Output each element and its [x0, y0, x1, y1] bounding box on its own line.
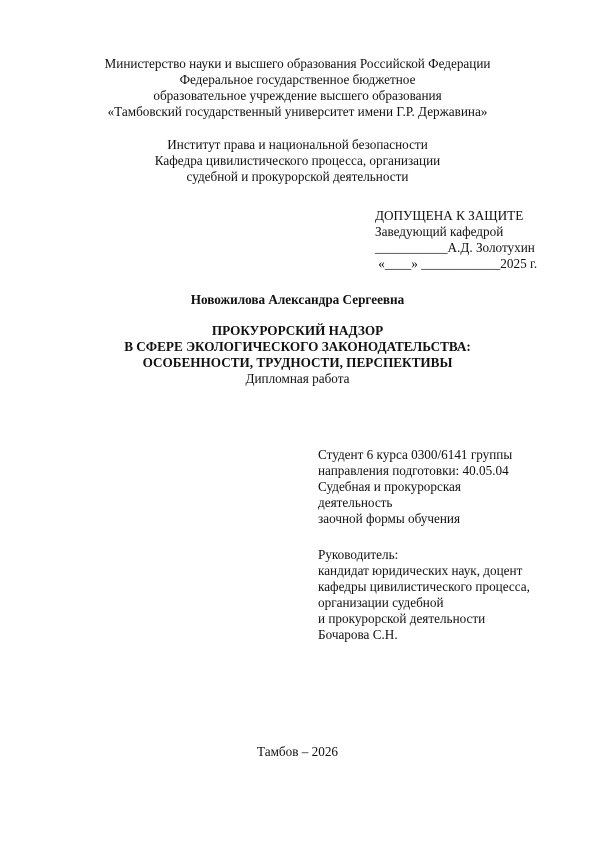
student-line: заочной формы обучения — [318, 511, 512, 527]
supervisor-label: Руководитель: — [318, 547, 530, 563]
supervisor-name: Бочарова С.Н. — [318, 627, 530, 643]
title-line: В СФЕРЕ ЭКОЛОГИЧЕСКОГО ЗАКОНОДАТЕЛЬСТВА: — [0, 339, 595, 355]
approval-block: ДОПУЩЕНА К ЗАЩИТЕ Заведующий кафедрой __… — [375, 208, 537, 272]
supervisor-info: Руководитель: кандидат юридических наук,… — [318, 547, 530, 643]
institute-name: Институт права и национальной безопаснос… — [0, 137, 595, 153]
university-name: «Тамбовский государственный университет … — [0, 104, 595, 120]
student-line: деятельность — [318, 495, 512, 511]
title-line: ОСОБЕННОСТИ, ТРУДНОСТИ, ПЕРСПЕКТИВЫ — [0, 355, 595, 371]
student-line: Судебная и прокурорская — [318, 479, 512, 495]
work-title: ПРОКУРОРСКИЙ НАДЗОР В СФЕРЕ ЭКОЛОГИЧЕСКО… — [0, 323, 595, 387]
work-type: Дипломная работа — [0, 371, 595, 387]
ministry-line: Министерство науки и высшего образования… — [0, 56, 595, 72]
student-info: Студент 6 курса 0300/6141 группы направл… — [318, 447, 512, 527]
department-name: судебной и прокурорской деятельности — [0, 169, 595, 185]
ministry-line: Федеральное государственное бюджетное — [0, 72, 595, 88]
approval-stamp: ДОПУЩЕНА К ЗАЩИТЕ — [375, 208, 537, 224]
approval-date: «____» ____________2025 г. — [375, 256, 537, 272]
approval-signature: ___________А.Д. Золотухин — [375, 240, 537, 256]
supervisor-line: организации судебной — [318, 595, 530, 611]
ministry-header: Министерство науки и высшего образования… — [0, 56, 595, 120]
institute-header: Институт права и национальной безопаснос… — [0, 137, 595, 185]
ministry-line: образовательное учреждение высшего образ… — [0, 88, 595, 104]
city-year: Тамбов – 2026 — [0, 744, 595, 760]
student-line: Студент 6 курса 0300/6141 группы — [318, 447, 512, 463]
title-line: ПРОКУРОРСКИЙ НАДЗОР — [0, 323, 595, 339]
supervisor-line: кандидат юридических наук, доцент — [318, 563, 530, 579]
student-line: направления подготовки: 40.05.04 — [318, 463, 512, 479]
department-name: Кафедра цивилистического процесса, орган… — [0, 153, 595, 169]
approval-role: Заведующий кафедрой — [375, 224, 537, 240]
supervisor-line: кафедры цивилистического процесса, — [318, 579, 530, 595]
author-name: Новожилова Александра Сергеевна — [0, 292, 595, 308]
supervisor-line: и прокурорской деятельности — [318, 611, 530, 627]
